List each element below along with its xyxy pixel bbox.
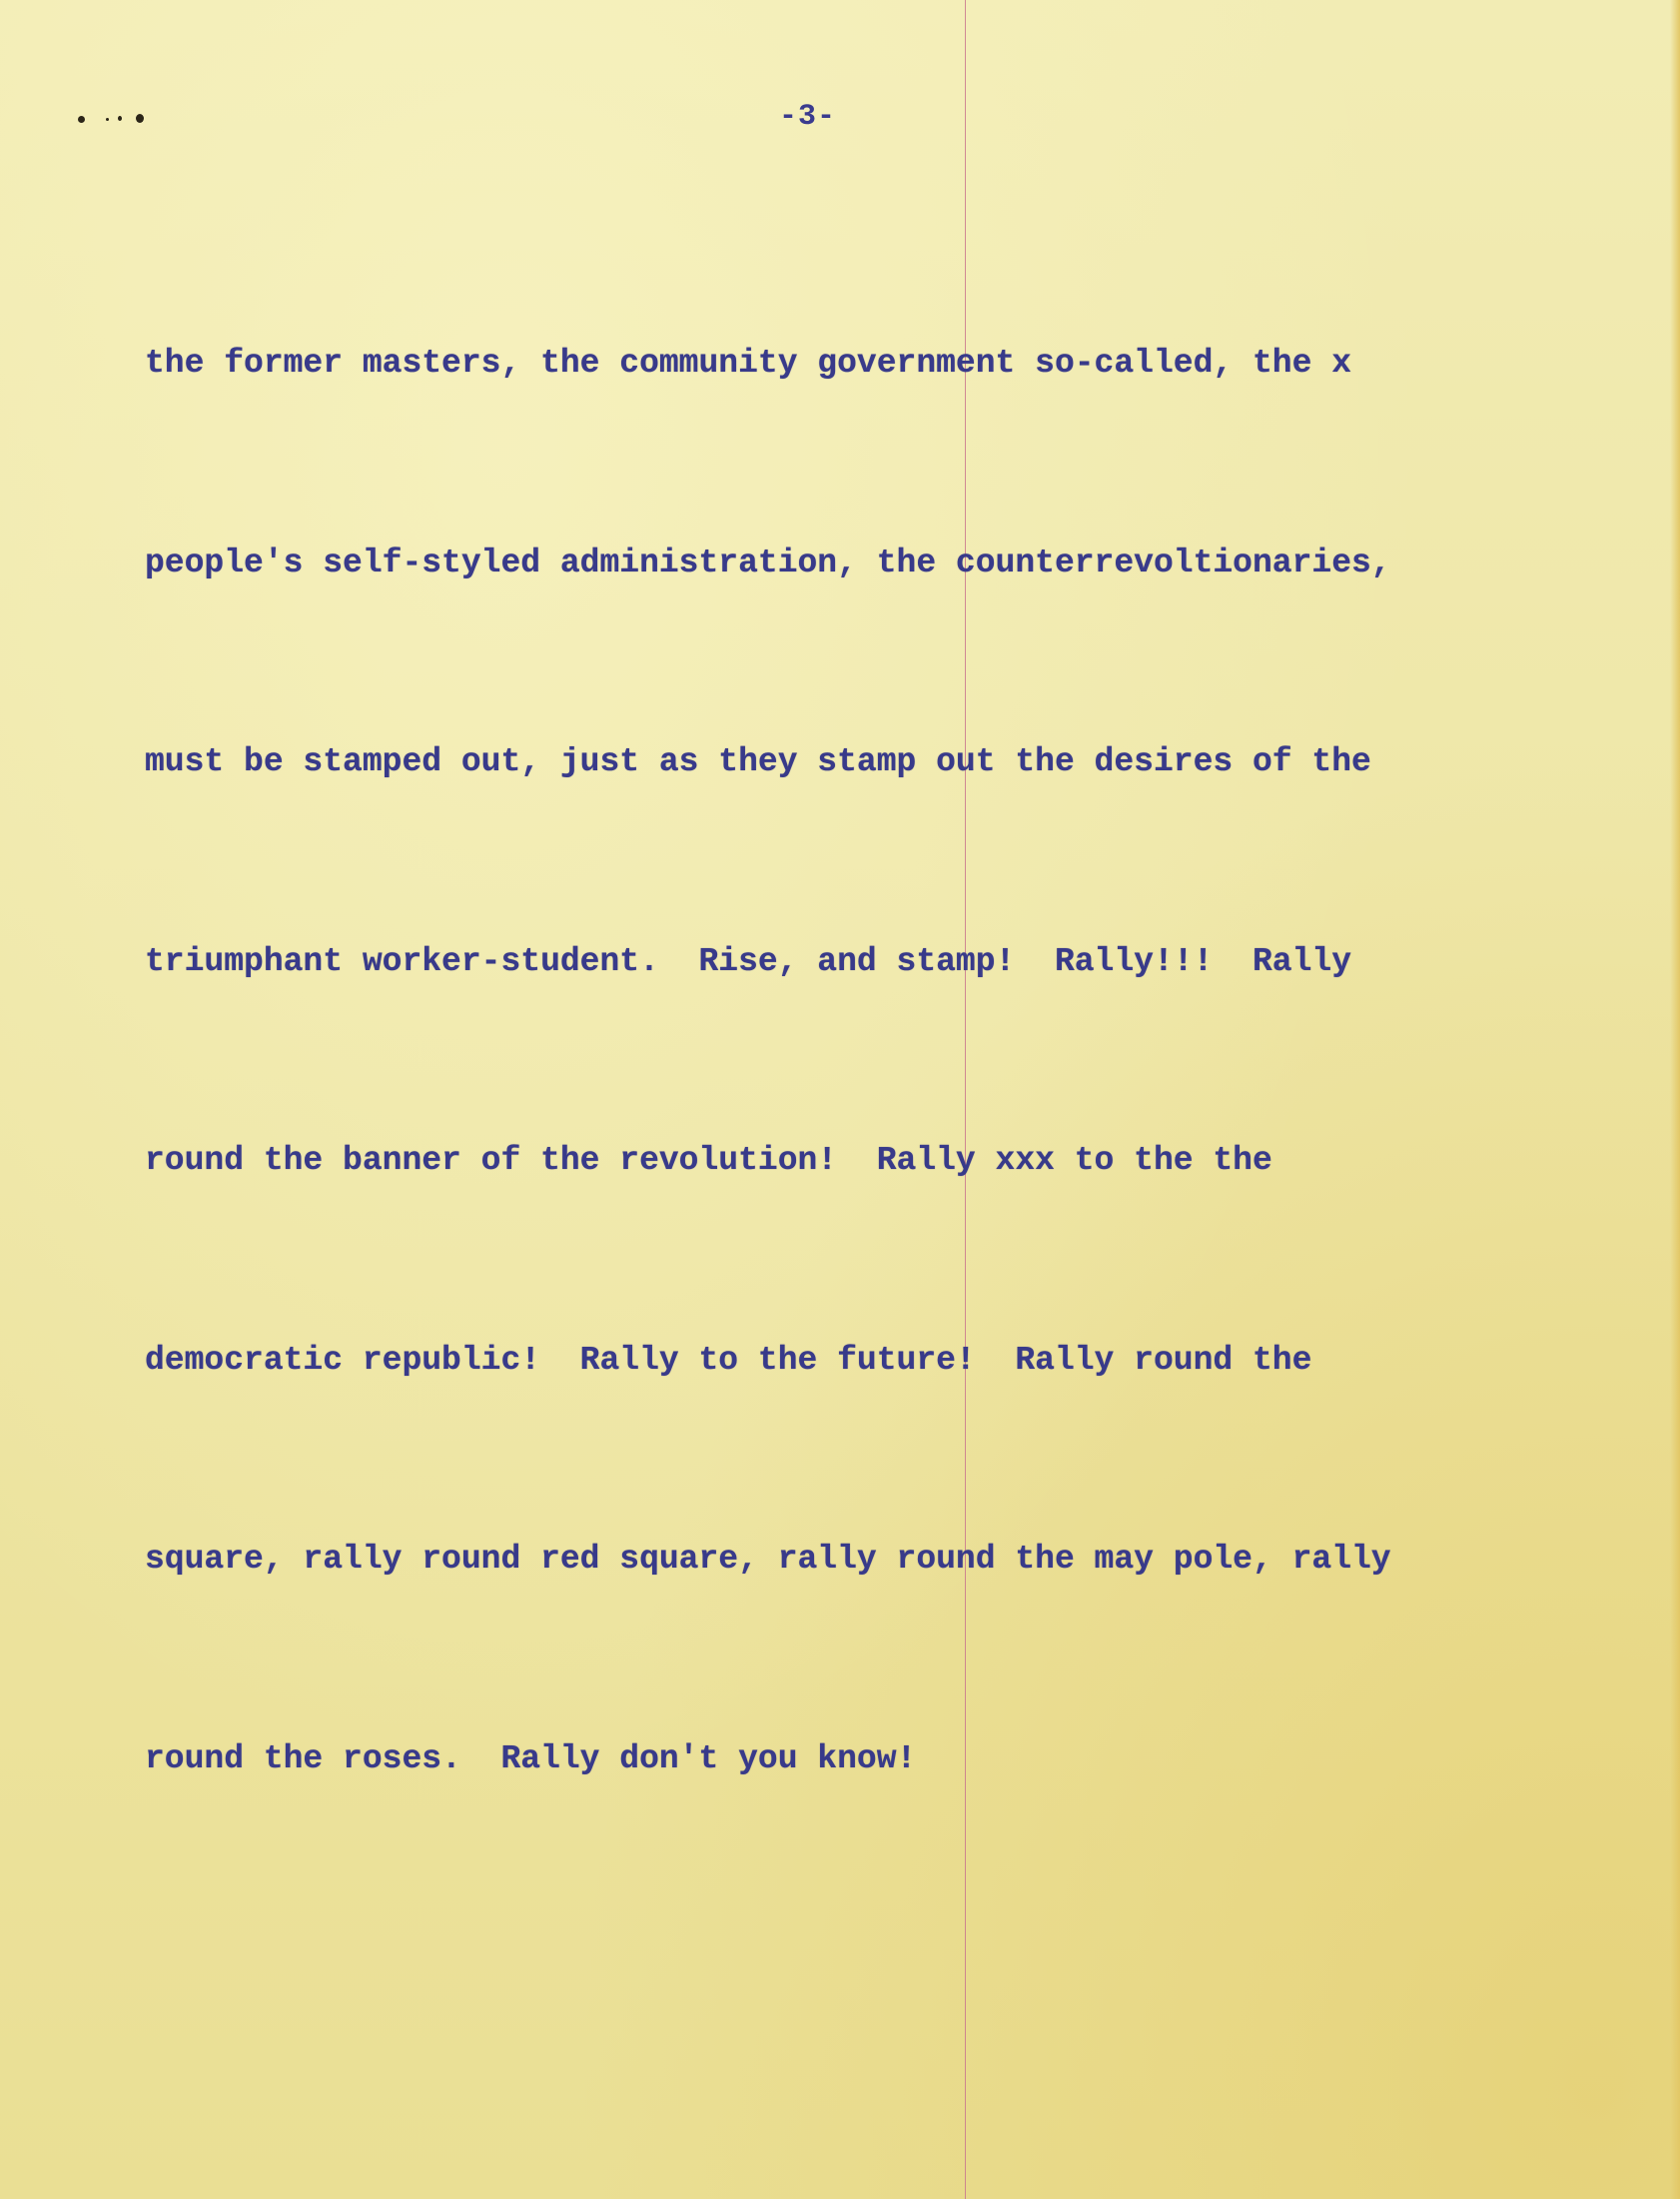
text-line: democratic republic! Rally to the future… [145, 1328, 1391, 1395]
text-line: must be stamped out, just as they stamp … [145, 729, 1391, 796]
paper-edge [1670, 0, 1680, 2199]
text-line: people's self-styled administration, the… [145, 531, 1391, 597]
typed-body-text: the former masters, the community govern… [145, 198, 1391, 1859]
text-line: the former masters, the community govern… [145, 331, 1391, 398]
punch-marks [78, 112, 188, 128]
text-line: round the banner of the revolution! Rall… [145, 1128, 1391, 1195]
page-number: -3- [779, 100, 836, 134]
text-line: triumphant worker-student. Rise, and sta… [145, 929, 1391, 996]
text-line: round the roses. Rally don't you know! [145, 1726, 1391, 1793]
text-line: square, rally round red square, rally ro… [145, 1527, 1391, 1594]
